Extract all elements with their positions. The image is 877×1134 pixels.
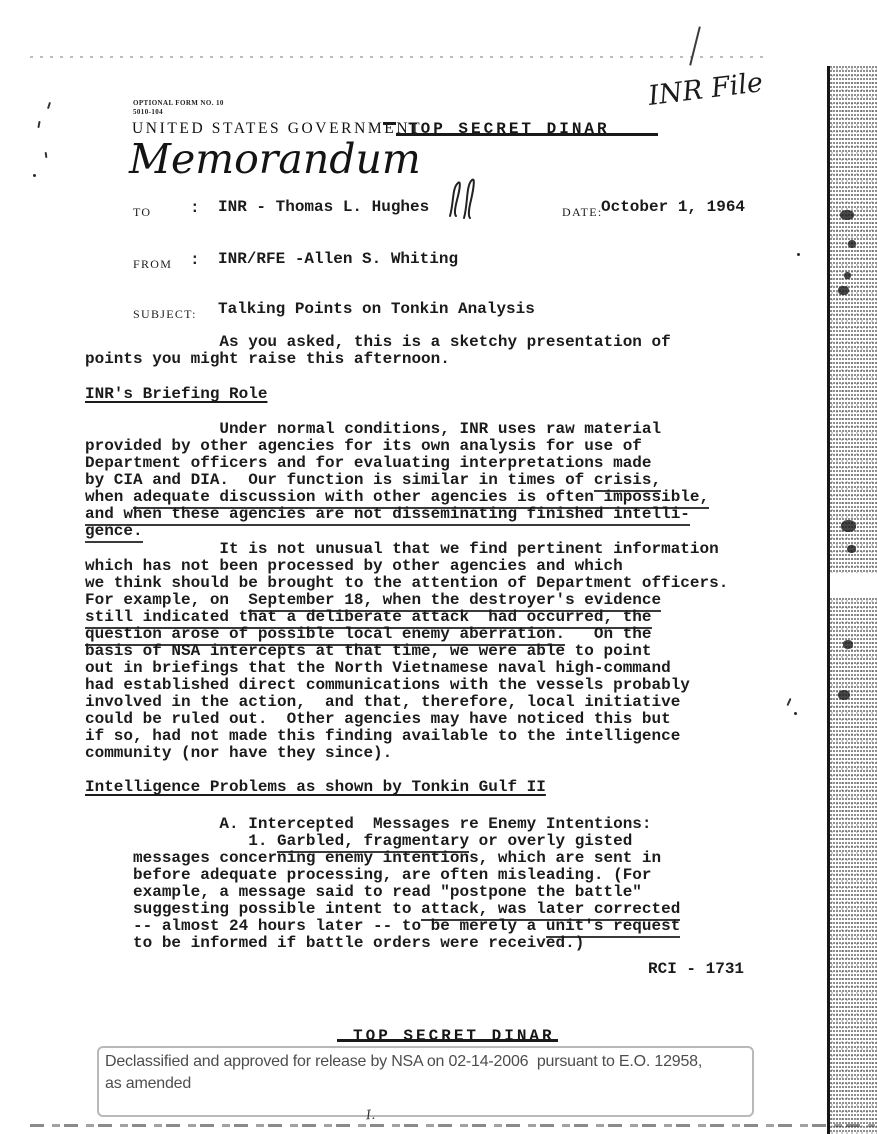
handwritten-bottom-mark: I. <box>365 1108 375 1124</box>
declassification-box: Declassified and approved for release by… <box>97 1046 754 1117</box>
strike-line-top <box>396 133 658 136</box>
to-colon: : <box>190 200 200 217</box>
scan-smudge <box>838 690 850 700</box>
declassification-notice: Declassified and approved for release by… <box>105 1051 746 1094</box>
briefing-paragraph-2: It is not unusual that we find pertinent… <box>85 541 795 762</box>
scan-dashed-rule-bottom <box>30 1124 875 1127</box>
to-label: TO <box>133 205 151 220</box>
scan-smudge <box>847 545 856 553</box>
optional-form-number: OPTIONAL FORM NO. 10 <box>133 99 224 107</box>
reference-number: RCI - 1731 <box>648 961 744 978</box>
scan-smudge <box>841 520 856 532</box>
scan-strip-gap <box>830 573 877 597</box>
from-colon: : <box>190 252 200 269</box>
classification-bottom: TOP SECRET DINAR <box>353 1027 555 1045</box>
scan-speck <box>45 152 48 158</box>
scan-speck <box>37 121 40 128</box>
memo-page: INR File OPTIONAL FORM NO. 10 5010-104 U… <box>0 0 877 1134</box>
scan-smudge <box>843 640 853 649</box>
strike-line-bottom <box>337 1039 558 1042</box>
scan-dotted-rule-top <box>30 56 765 58</box>
scan-binding-strip <box>827 66 877 1134</box>
handwritten-initials <box>442 176 482 222</box>
pen-slash-mark <box>689 26 701 65</box>
section-heading-briefing-role: INR's Briefing Role <box>85 386 267 403</box>
scan-speck <box>33 174 36 177</box>
section-heading-intelligence-problems: Intelligence Problems as shown by Tonkin… <box>85 779 546 796</box>
intro-paragraph: As you asked, this is a sketchy presenta… <box>85 334 785 368</box>
doc-title: Memorandum <box>129 135 421 183</box>
date-value: October 1, 1964 <box>601 199 745 216</box>
subject-value: Talking Points on Tonkin Analysis <box>218 301 535 318</box>
scan-speck <box>797 253 800 256</box>
scan-smudge <box>840 210 854 220</box>
strike-dash <box>383 122 396 125</box>
problems-paragraph-1: A. Intercepted Messages re Enemy Intenti… <box>85 816 785 952</box>
to-value: INR - Thomas L. Hughes <box>218 199 429 216</box>
scan-smudge <box>848 240 856 248</box>
form-code: 5010-104 <box>133 108 163 116</box>
scan-speck <box>47 102 51 109</box>
scan-smudge <box>838 286 849 295</box>
subject-label: SUBJECT: <box>133 307 197 322</box>
handwritten-filing-note: INR File <box>647 67 765 112</box>
date-label: DATE: <box>562 205 603 220</box>
from-label: FROM <box>133 257 172 272</box>
from-value: INR/RFE -Allen S. Whiting <box>218 251 458 268</box>
briefing-paragraph-1: Under normal conditions, INR uses raw ma… <box>85 421 785 540</box>
scan-smudge <box>844 272 851 279</box>
